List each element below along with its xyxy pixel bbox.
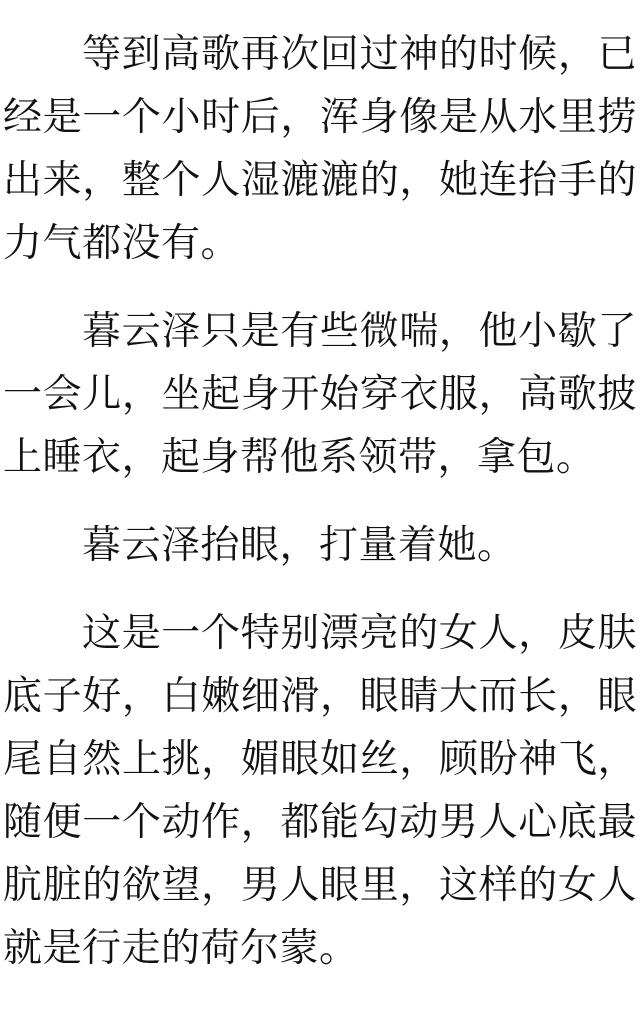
paragraph-4: 这是一个特别漂亮的女人，皮肤底子好，白嫩细滑，眼睛大而长，眼尾自然上挑，媚眼如丝… [3, 602, 637, 980]
paragraph-1: 等到高歌再次回过神的时候，已经是一个小时后，浑身像是从水里捞出来，整个人湿漉漉的… [3, 23, 637, 275]
reader-page: 等到高歌再次回过神的时候，已经是一个小时后，浑身像是从水里捞出来，整个人湿漉漉的… [0, 0, 640, 1016]
paragraph-2: 暮云泽只是有些微喘，他小歇了一会儿，坐起身开始穿衣服，高歌披上睡衣，起身帮他系领… [3, 300, 637, 489]
paragraph-3: 暮云泽抬眼，打量着她。 [3, 514, 637, 577]
